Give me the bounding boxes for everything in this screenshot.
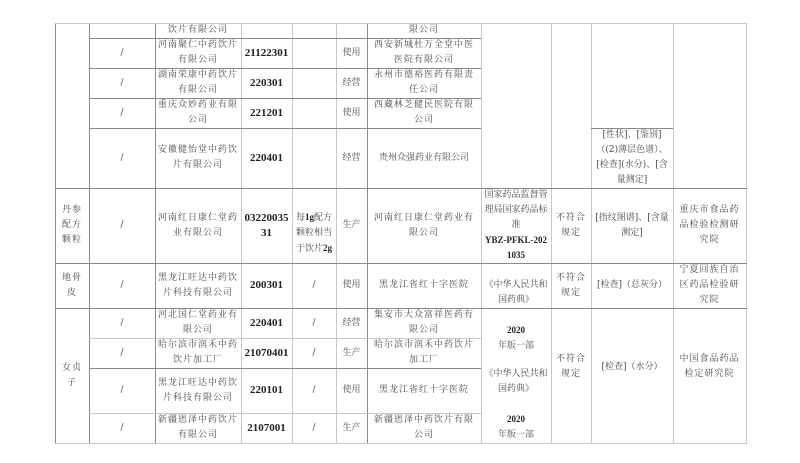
standard-text: 国家药品监督管理局国家药品标准 bbox=[484, 188, 548, 233]
stage-cell: 经营 bbox=[336, 128, 367, 188]
stage-cell: 生产 bbox=[336, 188, 367, 263]
table-border-bottom bbox=[55, 443, 747, 444]
stage-cell: 生产 bbox=[336, 413, 367, 443]
manufacturer-cell: 河南红日康仁堂药业有限公司 bbox=[155, 188, 241, 263]
standard-text: 《中华人民共和国药典》 bbox=[484, 280, 547, 305]
sampled-unit-cell: 西安新城杜万全堂中医医院有限公司 bbox=[367, 38, 481, 68]
standard-year: 2020 bbox=[507, 414, 525, 424]
stage-cell: 使用 bbox=[336, 98, 367, 128]
standard-cell: 《中华人民共和国药典》 2020 年版一部 bbox=[481, 308, 551, 443]
label-cell: / bbox=[89, 413, 155, 443]
stage-cell: 使用 bbox=[336, 263, 367, 308]
sampled-unit-cell: 哈尔滨市润禾中药饮片加工厂 bbox=[367, 338, 481, 368]
product-name-cell: 丹参配方颗粒 bbox=[55, 188, 89, 263]
manufacturer-cell: 新疆恩泽中药饮片有限公司 bbox=[155, 413, 241, 443]
sampled-unit-cell: 西藏林芝健民医院有限公司 bbox=[367, 98, 481, 128]
manufacturer-cell: 河北国仁堂药业有限公司 bbox=[155, 308, 241, 338]
manufacturer-cell: 饮片有限公司 bbox=[155, 23, 241, 38]
failed-items-cell: [指纹图谱]、[含量测定] bbox=[591, 188, 673, 263]
manufacturer-cell: 黑龙江旺达中药饮片科技有限公司 bbox=[155, 263, 241, 308]
result-cell: 不符合规定 bbox=[551, 188, 591, 263]
batch-number-cell: 21070401 bbox=[241, 338, 292, 368]
sampled-unit-cell: 黑龙江省红十字医院 bbox=[367, 263, 481, 308]
result-cell: 不符合规定 bbox=[551, 263, 591, 308]
manufacturer-cell: 重庆众妙药业有限公司 bbox=[155, 98, 241, 128]
label-cell: / bbox=[89, 68, 155, 98]
failed-items-cell: [检查]（水分） bbox=[591, 308, 673, 443]
lab-cell: 重庆市食品药品检验检测研究院 bbox=[673, 188, 746, 263]
standard-cell: 《中华人民共和国药典》 2020 年版一部 bbox=[481, 263, 551, 308]
failed-items-cell: [性状]、[鉴别]（(2)薄层色谱）、[检查](水分)、[含量测定] bbox=[591, 128, 673, 188]
batch-number-cell: 220401 bbox=[241, 128, 292, 188]
stage-cell: 经营 bbox=[336, 308, 367, 338]
batch-number-cell: 220401 bbox=[241, 308, 292, 338]
label-cell: / bbox=[89, 368, 155, 413]
batch-number-cell: 220301 bbox=[241, 68, 292, 98]
label-cell: / bbox=[89, 308, 155, 338]
sampled-unit-cell: 黑龙江省红十字医院 bbox=[367, 368, 481, 413]
label-cell: / bbox=[89, 188, 155, 263]
batch-number-cell: 221201 bbox=[241, 98, 292, 128]
label-cell: / bbox=[89, 263, 155, 308]
standard-cell: 国家药品监督管理局国家药品标准 YBZ-PFKL-2021035 bbox=[481, 188, 551, 263]
spec-amount: 1g bbox=[305, 212, 314, 222]
inspection-table: 饮片有限公司 限公司 / 河南聚仁中药饮片有限公司 21122301 使用 西安… bbox=[0, 0, 800, 463]
manufacturer-cell: 湖南荣康中药饮片有限公司 bbox=[155, 68, 241, 98]
sampled-unit-cell: 新疆恩泽中药饮片有限公司 bbox=[367, 413, 481, 443]
lab-cell: 中国食品药品检定研究院 bbox=[673, 308, 746, 443]
sampled-unit-cell: 永州市德裕医药有限责任公司 bbox=[367, 68, 481, 98]
spec-amount: 2g bbox=[323, 243, 332, 253]
table-border-right bbox=[746, 23, 747, 443]
stage-cell: 使用 bbox=[336, 368, 367, 413]
spec-cell: 每1g配方颗粒相当于饮片2g bbox=[292, 188, 336, 263]
label-cell: / bbox=[89, 38, 155, 68]
standard-suffix: 年版一部 bbox=[498, 430, 534, 440]
lab-cell: 宁夏回族自治区药品检验研究院 bbox=[673, 263, 746, 308]
batch-number-cell: 220101 bbox=[241, 368, 292, 413]
spec-prefix: 每 bbox=[296, 213, 305, 223]
stage-cell: 使用 bbox=[336, 38, 367, 68]
batch-number-cell: 21122301 bbox=[241, 38, 292, 68]
manufacturer-cell: 河南聚仁中药饮片有限公司 bbox=[155, 38, 241, 68]
result-cell: 不符合规定 bbox=[551, 308, 591, 443]
manufacturer-cell: 安徽健怡堂中药饮片有限公司 bbox=[155, 128, 241, 188]
batch-number-cell: 200301 bbox=[241, 263, 292, 308]
spec-cell: / bbox=[292, 338, 336, 368]
stage-cell: 经营 bbox=[336, 68, 367, 98]
product-name-cell: 女贞子 bbox=[55, 308, 89, 443]
spec-cell: / bbox=[292, 368, 336, 413]
batch-number-cell: 0322003531 bbox=[241, 188, 292, 263]
label-cell: / bbox=[89, 338, 155, 368]
spec-cell: / bbox=[292, 413, 336, 443]
failed-items-cell: [检查]（总灰分） bbox=[591, 263, 673, 308]
label-cell: / bbox=[89, 128, 155, 188]
standard-text: 《中华人民共和国药典》 bbox=[484, 369, 547, 394]
spec-cell: / bbox=[292, 263, 336, 308]
sampled-unit-cell: 河南红日康仁堂药业有限公司 bbox=[367, 188, 481, 263]
batch-number-cell: 2107001 bbox=[241, 413, 292, 443]
manufacturer-cell: 黑龙江旺达中药饮片科技有限公司 bbox=[155, 368, 241, 413]
product-name-cell: 地骨皮 bbox=[55, 263, 89, 308]
standard-code: YBZ-PFKL-2021035 bbox=[484, 233, 548, 263]
manufacturer-cell: 哈尔滨市润禾中药饮片加工厂 bbox=[155, 338, 241, 368]
stage-cell: 生产 bbox=[336, 338, 367, 368]
spec-cell: / bbox=[292, 308, 336, 338]
sampled-unit-cell: 贵州众强药业有限公司 bbox=[367, 128, 481, 188]
sampled-unit-cell: 集安市大众富祥医药有限公司 bbox=[367, 308, 481, 338]
label-cell: / bbox=[89, 98, 155, 128]
sampled-unit-cell: 限公司 bbox=[367, 23, 481, 38]
